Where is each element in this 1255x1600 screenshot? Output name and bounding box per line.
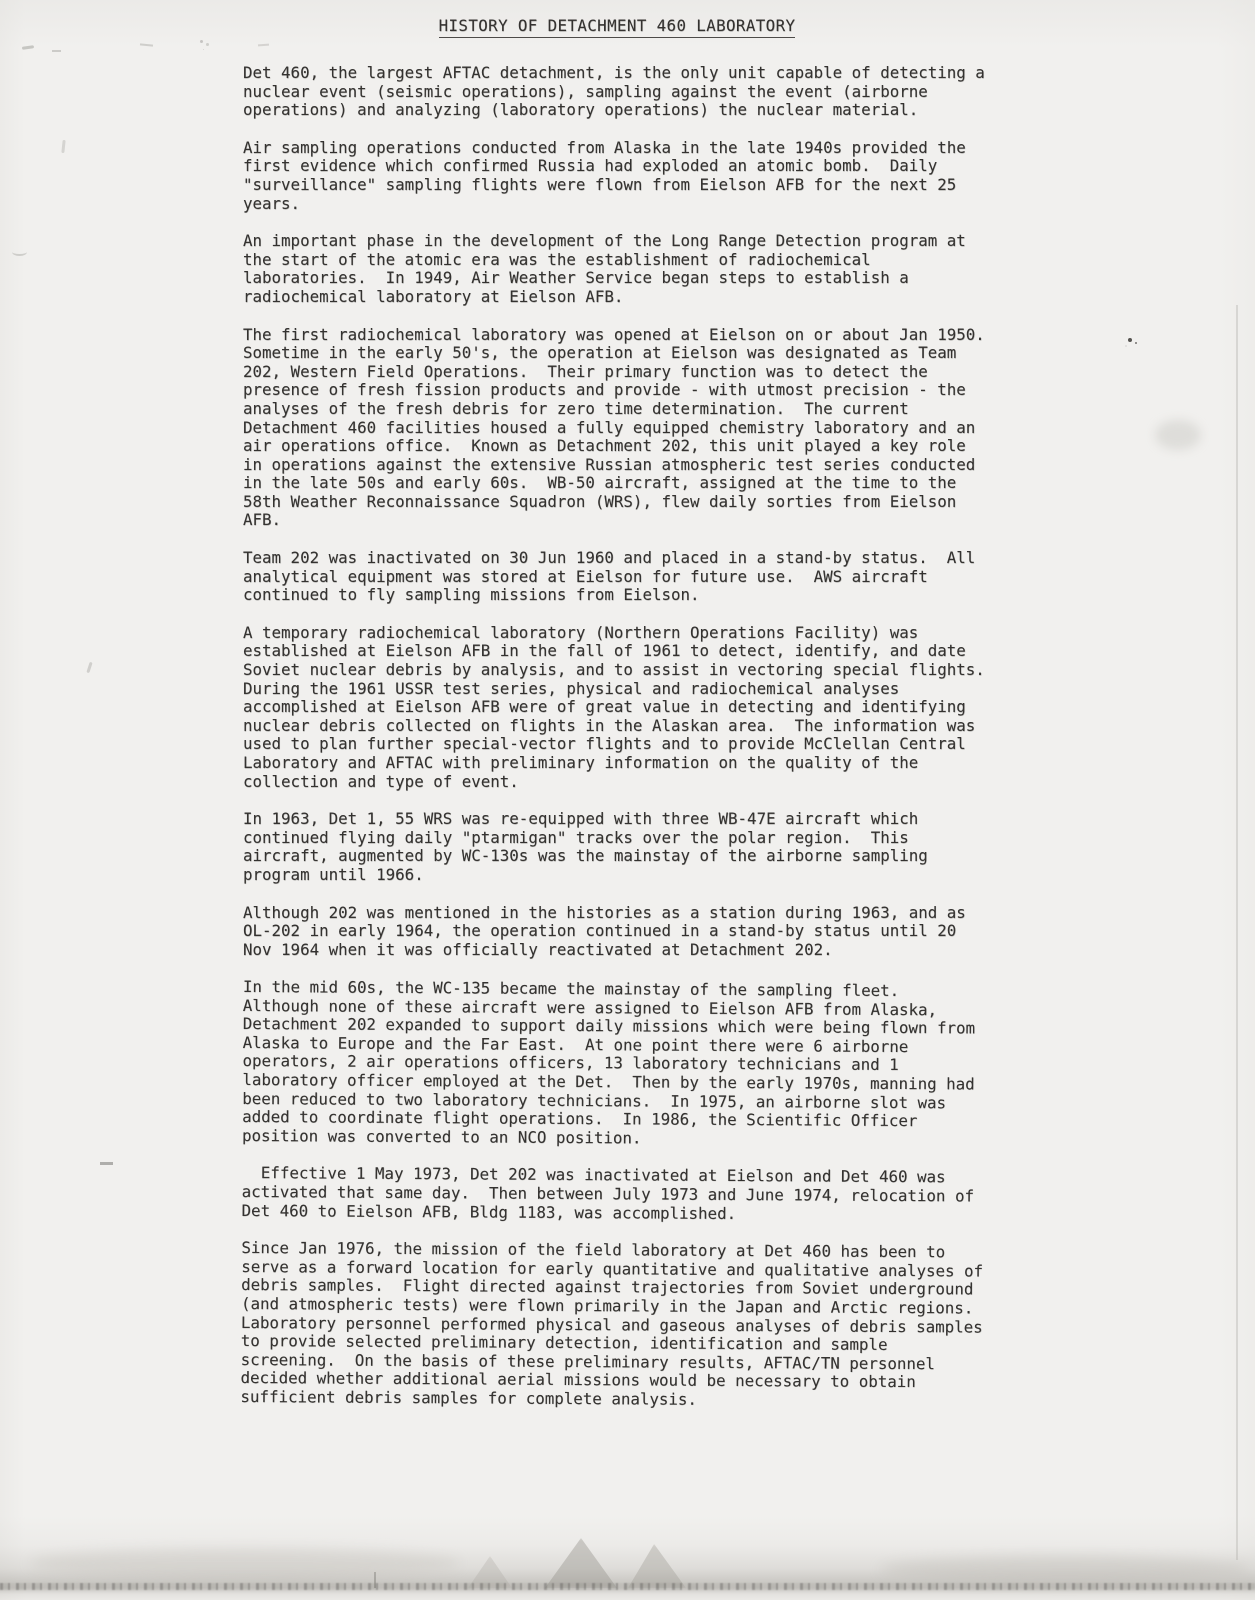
- paragraph: In the mid 60s, the WC-135 became the ma…: [242, 978, 1003, 1150]
- scanned-document-page: HISTORY OF DETACHMENT 460 LABORATORY Det…: [0, 0, 1255, 1600]
- paragraph: Air sampling operations conducted from A…: [243, 139, 1003, 213]
- document-body: Det 460, the largest AFTAC detachment, i…: [243, 64, 1003, 1426]
- scan-smudge: [1155, 420, 1201, 450]
- paragraph: Although 202 was mentioned in the histor…: [243, 904, 1003, 960]
- paragraph: The first radiochemical laboratory was o…: [243, 326, 1003, 531]
- pencil-mark: [12, 248, 27, 256]
- pencil-mark: [86, 662, 92, 673]
- scan-bottom-smudge: [30, 1548, 460, 1578]
- pencil-mark: [258, 44, 269, 47]
- scan-tick: [374, 1572, 376, 1588]
- scan-bottom-blob: [468, 1556, 512, 1588]
- title-row: HISTORY OF DETACHMENT 460 LABORATORY: [243, 16, 991, 38]
- paragraph: Det 460, the largest AFTAC detachment, i…: [243, 64, 1003, 120]
- pencil-mark: [140, 43, 153, 46]
- paragraph: Team 202 was inactivated on 30 Jun 1960 …: [243, 549, 1003, 605]
- scan-bottom-smudge: [880, 1556, 1250, 1582]
- scan-edge-line: [0, 1583, 1255, 1590]
- pencil-mark: [22, 45, 34, 50]
- scan-speck: [1128, 338, 1132, 342]
- pencil-mark: [100, 1162, 113, 1165]
- document-body-lower: In the mid 60s, the WC-135 became the ma…: [240, 978, 1003, 1411]
- paragraph: Effective 1 May 1973, Det 202 was inacti…: [242, 1165, 1002, 1225]
- pencil-mark: [200, 40, 203, 43]
- paragraph: An important phase in the development of…: [243, 232, 1003, 306]
- scan-bottom-blob: [628, 1544, 686, 1588]
- paragraph: A temporary radiochemical laboratory (No…: [243, 624, 1003, 791]
- pencil-mark: [52, 50, 61, 52]
- paragraph: In 1963, Det 1, 55 WRS was re-equipped w…: [243, 810, 1003, 884]
- paragraph: Since Jan 1976, the mission of the field…: [240, 1239, 1001, 1411]
- pencil-mark: [61, 140, 65, 153]
- scan-bottom-band: [0, 1516, 1255, 1600]
- scan-crease-line: [1236, 305, 1238, 1560]
- scan-bottom-blob: [545, 1538, 617, 1588]
- document-title: HISTORY OF DETACHMENT 460 LABORATORY: [439, 16, 796, 38]
